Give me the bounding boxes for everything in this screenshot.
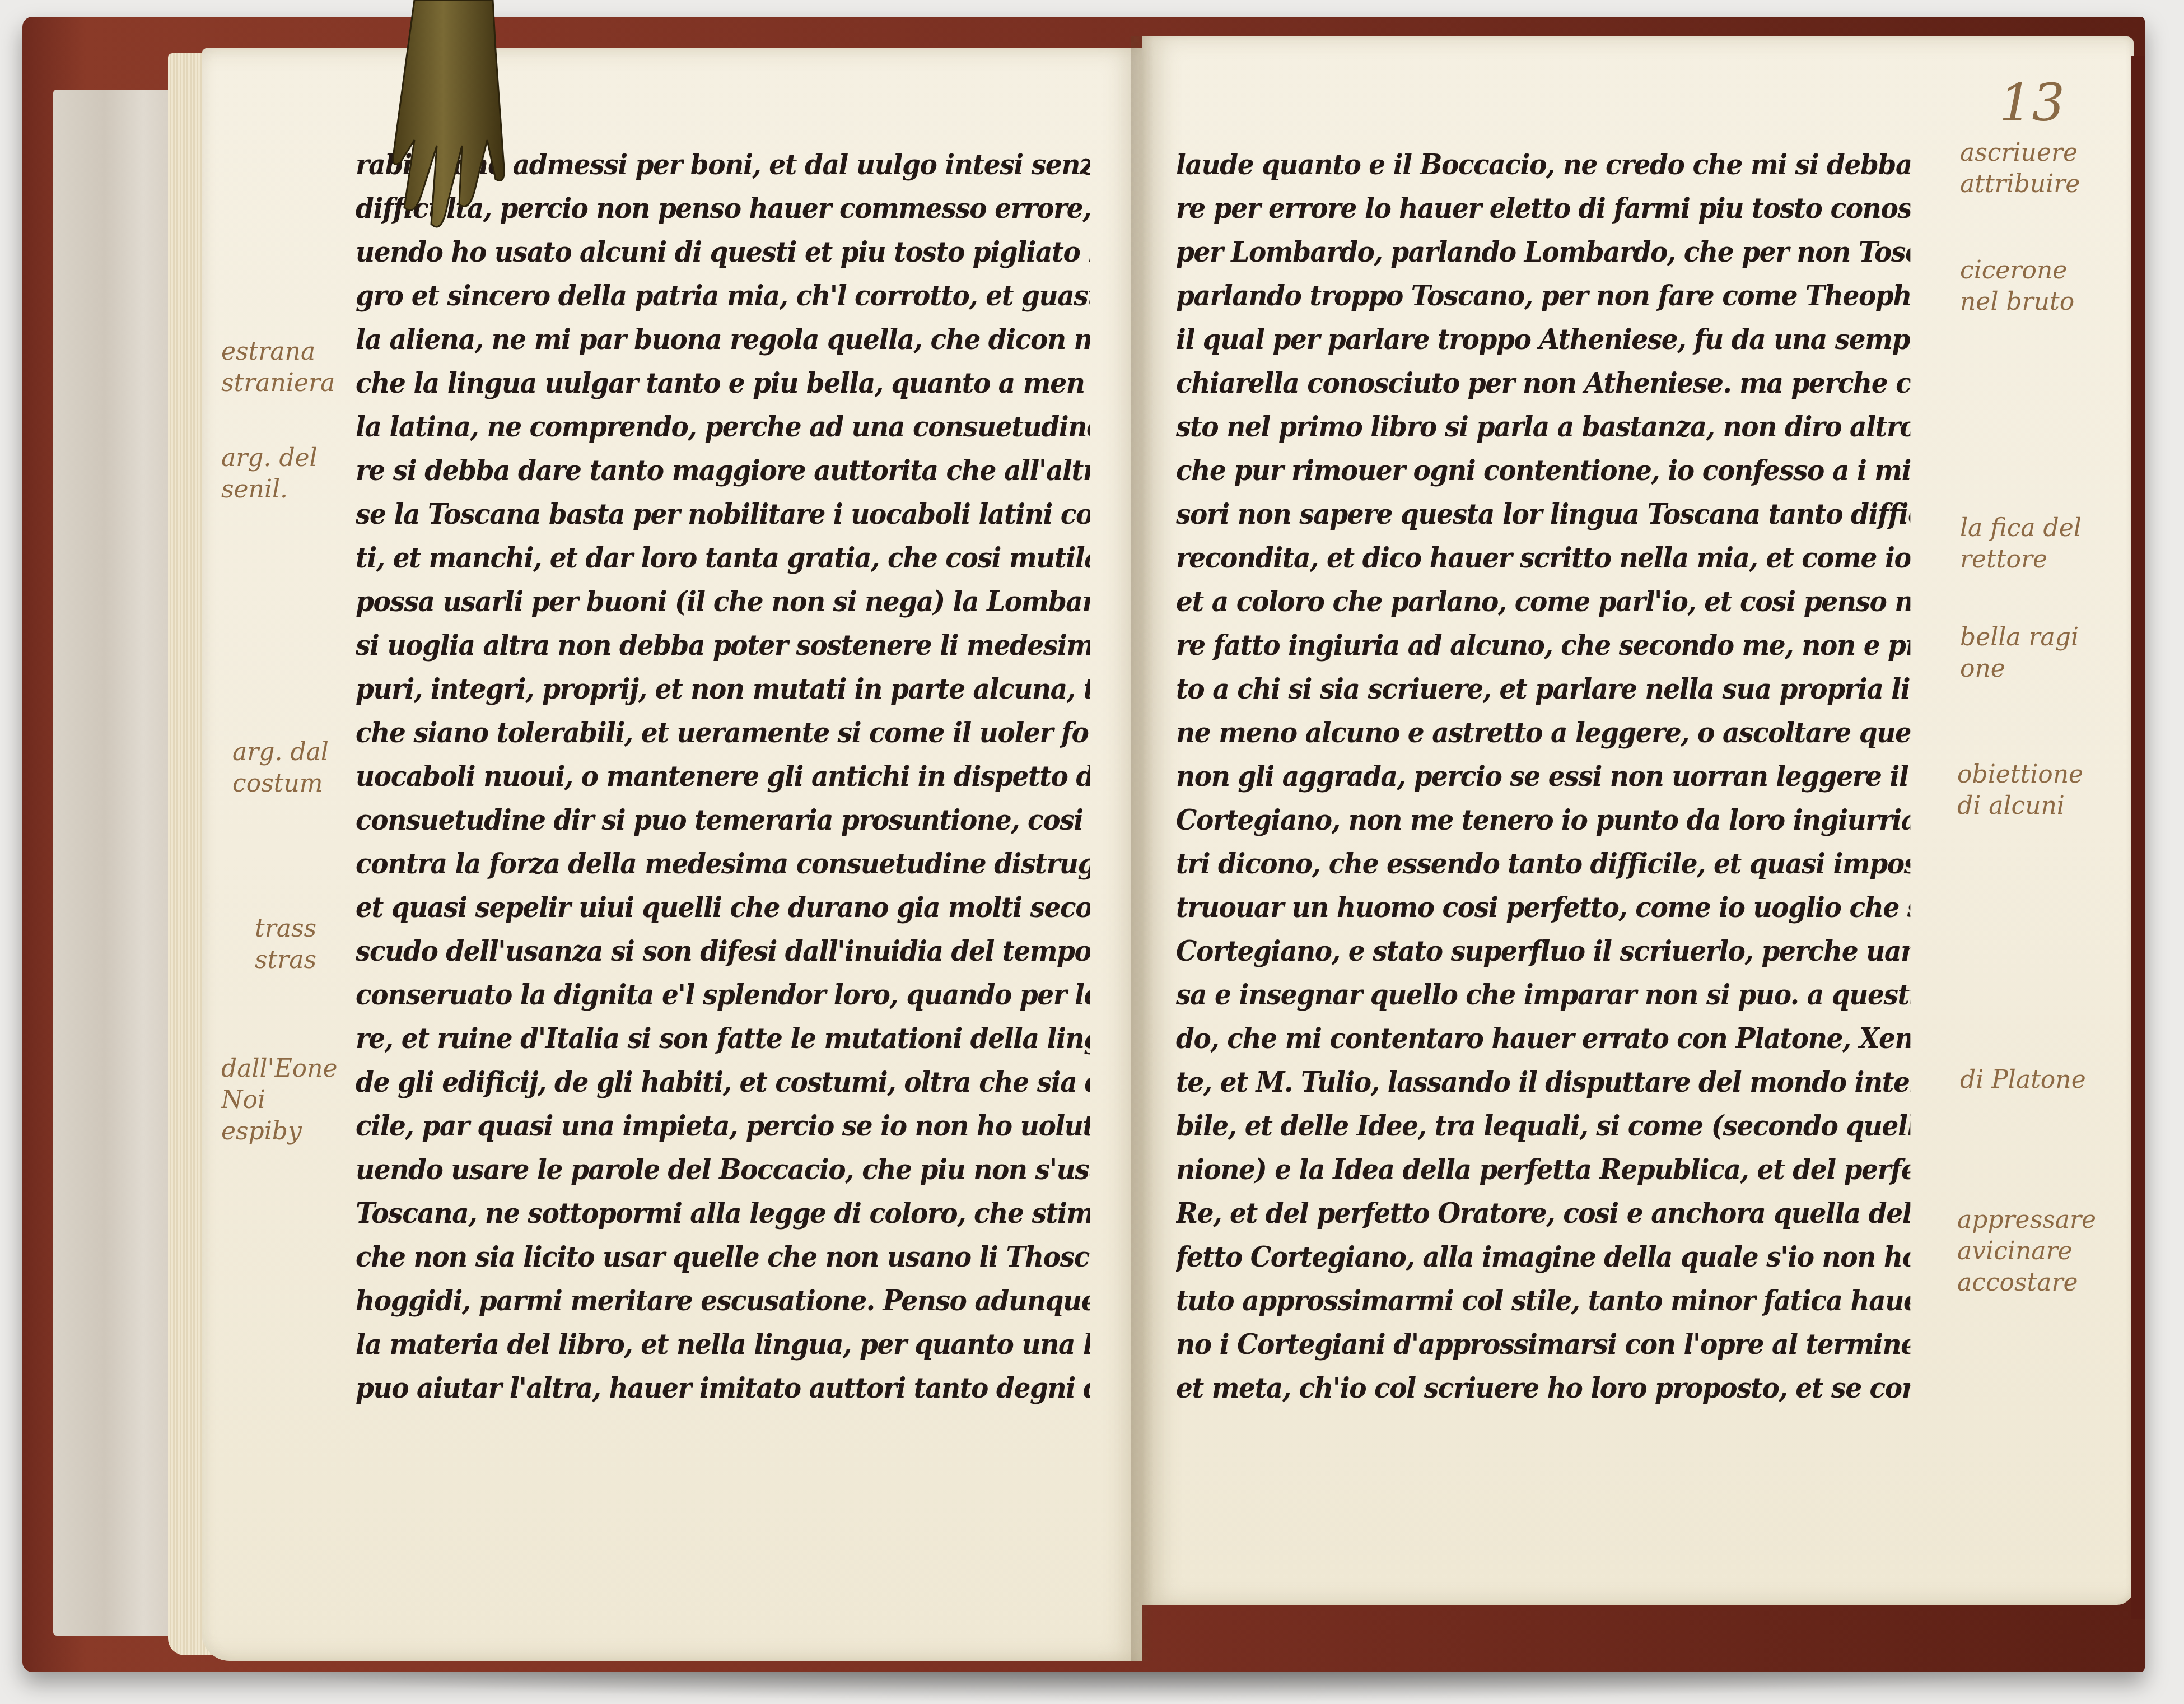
text-line: sori non sapere questa lor lingua Toscan…	[1176, 492, 1910, 536]
marginal-note: bella ragi one	[1960, 622, 2079, 685]
page-number: 13	[1999, 73, 2065, 133]
text-line: re si debba dare tanto maggiore auttorit…	[356, 449, 1090, 492]
text-line: si uoglia altra non debba poter sostener…	[356, 623, 1090, 667]
marginal-note: arg. del senil.	[221, 443, 318, 505]
text-line: possa usarli per buoni (il che non si ne…	[356, 580, 1090, 623]
text-line: recondita, et dico hauer scritto nella m…	[1176, 536, 1910, 580]
text-line: se la Toscana basta per nobilitare i uoc…	[356, 492, 1090, 536]
text-line: re, et ruine d'Italia si son fatte le mu…	[356, 1017, 1090, 1060]
text-line: re fatto ingiuria ad alcuno, che secondo…	[1176, 623, 1910, 667]
text-line: to a chi si sia scriuere, et parlare nel…	[1176, 667, 1910, 711]
marginal-note: trass stras	[255, 913, 316, 976]
text-line: puri, integri, proprij, et non mutati in…	[356, 667, 1090, 711]
marginal-note: la fica del rettore	[1960, 513, 2082, 575]
text-line: gro et sincero della patria mia, ch'l co…	[356, 274, 1090, 318]
text-line: che siano tolerabili, et ueramente si co…	[356, 711, 1090, 755]
front-pastedown	[53, 90, 182, 1636]
text-line: la latina, ne comprendo, perche ad una c…	[356, 405, 1090, 449]
marginal-note: dall'Eone Noi espiby	[221, 1053, 338, 1147]
text-line: ti, et manchi, et dar loro tanta gratia,…	[356, 536, 1090, 580]
marginal-note: di Platone	[1960, 1064, 2086, 1096]
text-line: re per errore lo hauer eletto di farmi p…	[1176, 187, 1910, 230]
right-cover-edge	[2131, 56, 2145, 1619]
right-page-text: laude quanto e il Boccacio, ne credo che…	[1176, 143, 1957, 1410]
text-line: che pur rimouer ogni contentione, io con…	[1176, 449, 1910, 492]
text-line: et a coloro che parlano, come parl'io, e…	[1176, 580, 1910, 623]
text-line: Re, et del perfetto Oratore, cosi e anch…	[1176, 1191, 1910, 1235]
text-line: laude quanto e il Boccacio, ne credo che…	[1176, 143, 1910, 187]
text-line: non gli aggrada, percio se essi non uorr…	[1176, 755, 1910, 798]
marginal-note: obiettione di alcuni	[1957, 759, 2083, 822]
text-line: uocaboli nuoui, o mantenere gli antichi …	[356, 755, 1090, 798]
text-line: scudo dell'usanza si son difesi dall'inu…	[356, 929, 1090, 973]
text-line: et quasi sepelir uiui quelli che durano …	[356, 886, 1090, 929]
marginal-note: ascriuere attribuire	[1960, 137, 2080, 200]
text-line: uendo usare le parole del Boccacio, che …	[356, 1148, 1090, 1191]
text-line: sto nel primo libro si parla a bastanza,…	[1176, 405, 1910, 449]
text-line: de gli edificij, de gli habiti, et costu…	[356, 1060, 1090, 1104]
text-line: chiarella conosciuto per non Atheniese. …	[1176, 361, 1910, 405]
text-line: tri dicono, che essendo tanto difficile,…	[1176, 842, 1910, 886]
text-line: Toscana, ne sottopormi alla legge di col…	[356, 1191, 1090, 1235]
marginal-note: arg. dal costum	[232, 737, 329, 799]
marginal-note: cicerone nel bruto	[1960, 255, 2074, 318]
text-line: nione) e la Idea della perfetta Republic…	[1176, 1148, 1910, 1191]
text-line: do, che mi contentaro hauer errato con P…	[1176, 1017, 1910, 1060]
marginal-note: estrana straniera	[221, 336, 335, 399]
text-line: che non sia licito usar quelle che non u…	[356, 1235, 1090, 1279]
left-page-text: rabili sono admessi per boni, et dal uul…	[356, 143, 1137, 1410]
brass-hand-bookmark-icon[interactable]	[308, 0, 543, 246]
text-line: Cortegiano, e stato superfluo il scriuer…	[1176, 929, 1910, 973]
text-line: conseruato la dignita e'l splendor loro,…	[356, 973, 1090, 1017]
text-line: parlando troppo Toscano, per non fare co…	[1176, 274, 1910, 318]
text-line: fetto Cortegiano, alla imagine della qua…	[1176, 1235, 1910, 1279]
text-line: che la lingua uulgar tanto e piu bella, …	[356, 361, 1090, 405]
text-line: bile, et delle Idee, tra lequali, si com…	[1176, 1104, 1910, 1148]
text-line: la aliena, ne mi par buona regola quella…	[356, 318, 1090, 361]
text-line: per Lombardo, parlando Lombardo, che per…	[1176, 230, 1910, 274]
text-line: il qual per parlare troppo Atheniese, fu…	[1176, 318, 1910, 361]
text-line: et meta, ch'io col scriuere ho loro prop…	[1176, 1366, 1910, 1410]
text-line: tuto approssimarmi col stile, tanto mino…	[1176, 1279, 1910, 1323]
text-line: la materia del libro, et nella lingua, p…	[356, 1323, 1090, 1366]
text-line: ne meno alcuno e astretto a leggere, o a…	[1176, 711, 1910, 755]
text-line: hoggidi, parmi meritare escusatione. Pen…	[356, 1279, 1090, 1323]
text-line: te, et M. Tulio, lassando il disputtare …	[1176, 1060, 1910, 1104]
text-line: consuetudine dir si puo temeraria prosun…	[356, 798, 1090, 842]
text-line: no i Cortegiani d'approssimarsi con l'op…	[1176, 1323, 1910, 1366]
text-line: puo aiutar l'altra, hauer imitato auttor…	[356, 1366, 1090, 1410]
text-line: truouar un huomo cosi perfetto, come io …	[1176, 886, 1910, 929]
text-line: cile, par quasi una impieta, percio se i…	[356, 1104, 1090, 1148]
marginal-note: appressare avicinare accostare	[1957, 1204, 2096, 1298]
text-line: contra la forza della medesima consuetud…	[356, 842, 1090, 886]
text-line: sa e insegnar quello che imparar non si …	[1176, 973, 1910, 1017]
text-line: Cortegiano, non me tenero io punto da lo…	[1176, 798, 1910, 842]
